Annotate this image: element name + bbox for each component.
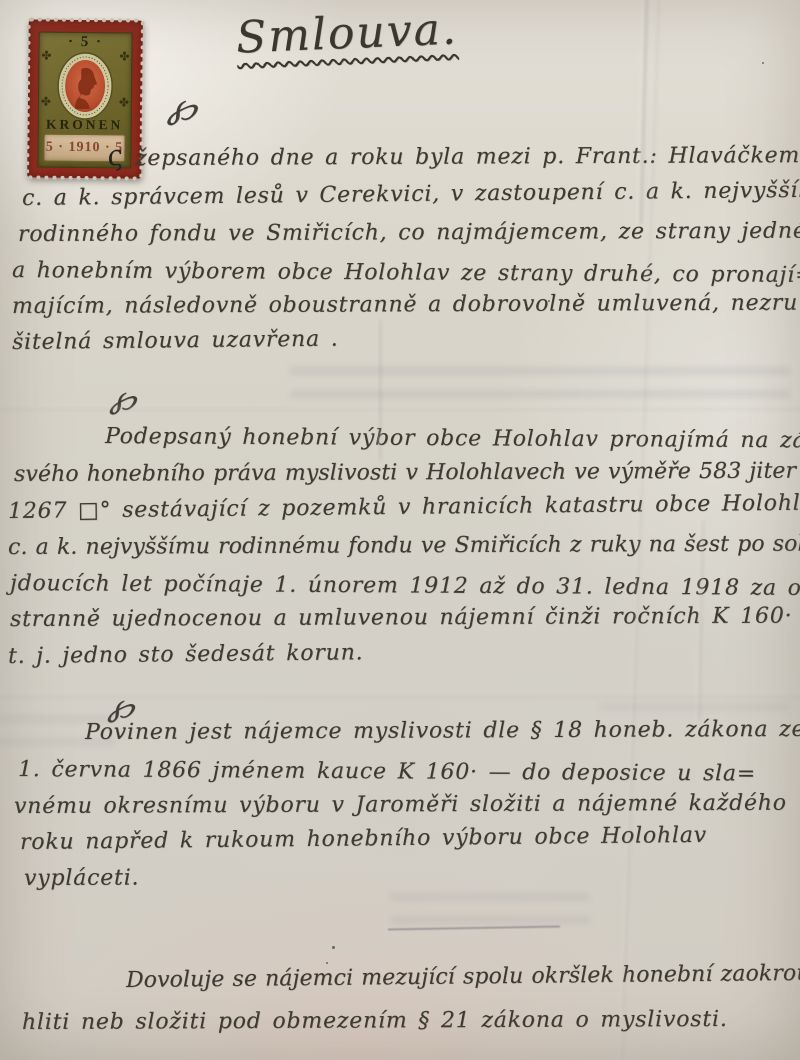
handwritten-line: svého honebního práva myslivosti v Holoh… — [14, 459, 796, 487]
document-photo: · 5 · ✤ ✤ ✤ ✤ — [0, 0, 800, 1060]
stamp-value-top: · 5 · — [40, 34, 132, 52]
ink-bleedthrough-underline — [388, 925, 560, 930]
stamp-ornament-icon: ✤ — [119, 49, 129, 63]
revenue-stamp: · 5 · ✤ ✤ ✤ ✤ — [27, 19, 143, 178]
handwritten-line: 1. června 1866 jménem kauce K 160· — do … — [18, 757, 756, 787]
handwritten-line: jdoucích let počínaje 1. únorem 1912 až … — [10, 571, 800, 601]
handwritten-line: c. a k. nejvyššímu rodinnému fondu ve Sm… — [8, 531, 800, 560]
handwritten-line: vnému okresnímu výboru v Jaroměři složit… — [14, 791, 787, 819]
handwritten-line: Dovoluje se nájemci mezující spolu okršl… — [126, 961, 800, 993]
handwritten-line: vypláceti. — [24, 865, 139, 891]
paper-speck — [326, 962, 328, 964]
handwritten-line: c. a k. správcem lesů v Cerekvici, v zas… — [22, 178, 800, 211]
stamp-ornament-icon: ✤ — [41, 49, 51, 63]
stamp-ornament-icon: ✤ — [41, 95, 51, 109]
handwritten-line: žepsaného dne a roku byla mezi p. Frant.… — [135, 143, 800, 171]
handwritten-line: roku napřed k rukoum honebního výboru ob… — [20, 823, 707, 855]
paragraph-flourish: ℘ — [166, 82, 201, 131]
stamp-kronen-label: KRONEN — [39, 117, 131, 134]
document-title: Smlouva. — [235, 3, 459, 63]
paragraph-flourish: ℘ — [108, 376, 140, 420]
paper-speck — [762, 62, 764, 64]
ink-bleedthrough — [290, 352, 790, 410]
handwritten-line: rodinného fondu ve Smiřicích, co najmáje… — [18, 219, 800, 247]
handwritten-line: 1267 □° sestávající z pozemků v hranicíc… — [8, 490, 800, 524]
handwritten-line: stranně ujednocenou a umluvenou nájemní … — [10, 604, 793, 632]
handwritten-line: Podepsaný honební výbor obce Holohlav pr… — [105, 424, 800, 454]
handwritten-line: Povinen jest nájemce myslivosti dle § 18… — [85, 717, 800, 745]
paper-speck — [548, 300, 550, 302]
stamp-portrait-medallion — [54, 50, 117, 123]
handwritten-line: šitelná smlouva uzavřena . — [12, 327, 339, 355]
paper-speck — [332, 946, 335, 949]
handwritten-line: t. j. jedno sto šedesát korun. — [8, 640, 364, 669]
handwritten-line: majícím, následovně oboustranně a dobrov… — [12, 290, 800, 319]
handwritten-line: hliti neb složiti pod obmezením § 21 zák… — [22, 1007, 728, 1035]
ink-bleedthrough — [390, 878, 590, 924]
handwritten-line: a honebním výborem obce Holohlav ze stra… — [12, 258, 800, 288]
stamp-panel: · 5 · ✤ ✤ ✤ ✤ — [37, 32, 132, 169]
stamp-ornament-icon: ✤ — [119, 95, 129, 109]
